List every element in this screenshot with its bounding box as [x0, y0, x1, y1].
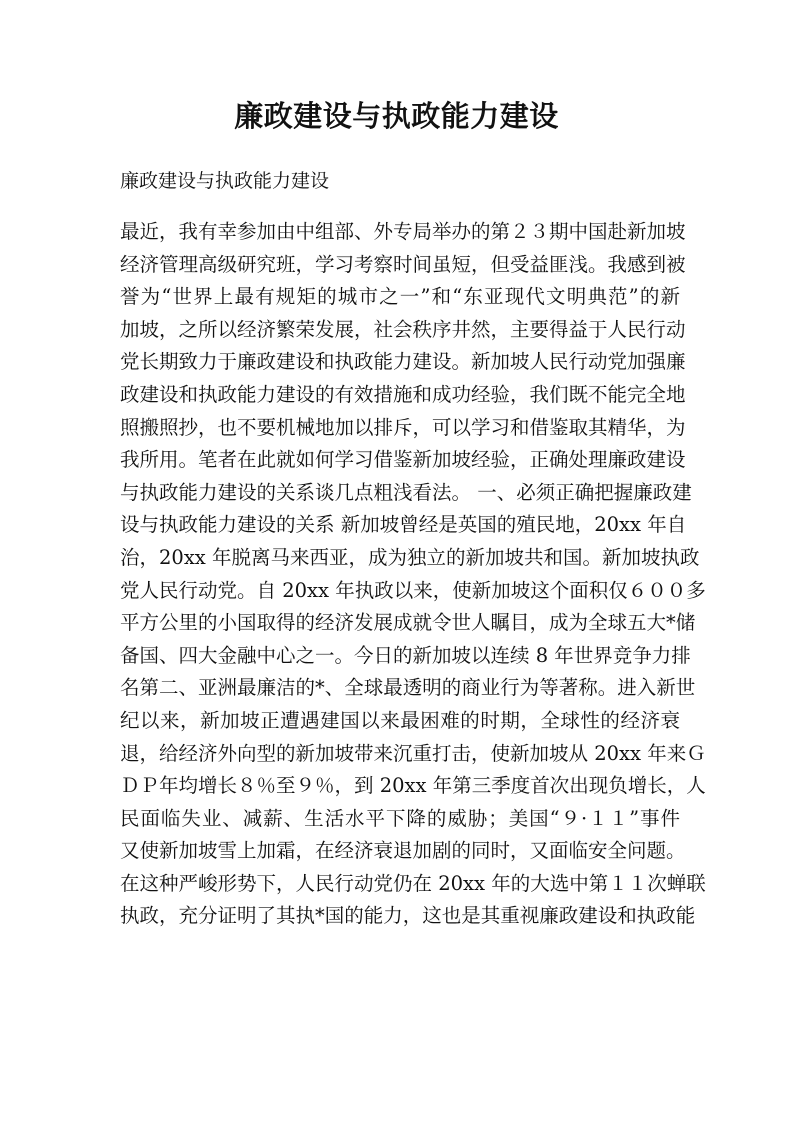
- document-body: 最近，我有幸参加由中组部、外专局举办的第２３期中国赴新加坡经济管理高级研究班，学…: [120, 216, 680, 933]
- paragraph-line: 在这种严峻形势下，人民行动党仍在 20xx 年的大选中第１１次蝉联: [120, 868, 680, 901]
- document-subtitle: 廉政建设与执政能力建设: [120, 166, 329, 193]
- paragraph-line: 退，给经济外向型的新加坡带来沉重打击，使新加坡从 20xx 年来Ｇ: [120, 738, 680, 771]
- paragraph-line: 执政，充分证明了其执*国的能力，这也是其重视廉政建设和执政能: [120, 900, 680, 933]
- paragraph-line: 备国、四大金融中心之一。今日的新加坡以连续 8 年世界竞争力排: [120, 640, 680, 673]
- paragraph-line: 与执政能力建设的关系谈几点粗浅看法。 一、必须正确把握廉政建: [120, 477, 680, 510]
- paragraph-line: 政建设和执政能力建设的有效措施和成功经验，我们既不能完全地: [120, 379, 680, 412]
- paragraph-line: 照搬照抄，也不要机械地加以排斥，可以学习和借鉴取其精华，为: [120, 412, 680, 445]
- paragraph-line: 纪以来，新加坡正遭遇建国以来最困难的时期，全球性的经济衰: [120, 705, 680, 738]
- paragraph-line: 经济管理高级研究班，学习考察时间虽短，但受益匪浅。我感到被: [120, 249, 680, 282]
- paragraph-line: 最近，我有幸参加由中组部、外专局举办的第２３期中国赴新加坡: [120, 216, 680, 249]
- paragraph-line: 党长期致力于廉政建设和执政能力建设。新加坡人民行动党加强廉: [120, 346, 680, 379]
- paragraph-line: 名第二、亚洲最廉洁的*、全球最透明的商业行为等著称。进入新世: [120, 672, 680, 705]
- paragraph-line: 党人民行动党。自 20xx 年执政以来，使新加坡这个面积仅６００多: [120, 575, 680, 608]
- paragraph-line: ＤＰ年均增长８％至９％，到 20xx 年第三季度首次出现负增长，人: [120, 770, 680, 803]
- paragraph-line: 又使新加坡雪上加霜，在经济衰退加剧的同时，又面临安全问题。: [120, 835, 680, 868]
- paragraph-line: 治，20xx 年脱离马来西亚，成为独立的新加坡共和国。新加坡执政: [120, 542, 680, 575]
- paragraph-line: 平方公里的小国取得的经济发展成就令世人瞩目，成为全球五大*储: [120, 607, 680, 640]
- paragraph-line: 民面临失业、减薪、生活水平下降的威胁；美国“９·１１”事件: [120, 803, 680, 836]
- document-title: 廉政建设与执政能力建设: [0, 94, 793, 135]
- paragraph-line: 加坡，之所以经济繁荣发展，社会秩序井然，主要得益于人民行动: [120, 314, 680, 347]
- paragraph-line: 我所用。笔者在此就如何学习借鉴新加坡经验，正确处理廉政建设: [120, 444, 680, 477]
- paragraph-line: 设与执政能力建设的关系 新加坡曾经是英国的殖民地，20xx 年自: [120, 509, 680, 542]
- paragraph-line: 誉为“世界上最有规矩的城市之一”和“东亚现代文明典范”的新: [120, 281, 680, 314]
